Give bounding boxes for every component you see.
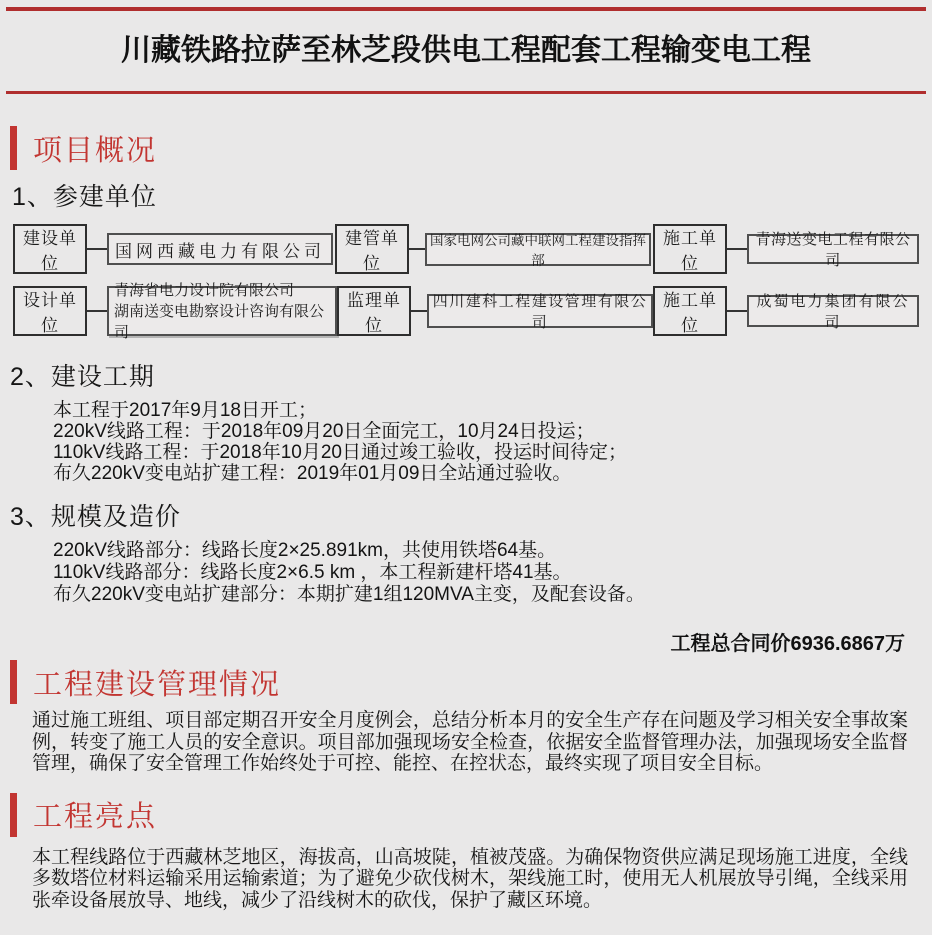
company-box: 国网西藏电力有限公司 bbox=[107, 233, 333, 265]
accent-bar bbox=[10, 660, 17, 704]
org-chart-row-2: 设计单位 青海省电力设计院有限公司 湖南送变电勘察设计咨询有限公司 监理单位 四… bbox=[13, 286, 919, 336]
section-overview-title: 项目概况 bbox=[33, 128, 157, 169]
company-box: 青海送变电工程有限公司 bbox=[747, 234, 919, 264]
company-box: 四川建科工程建设管理有限公司 bbox=[427, 294, 653, 328]
company-line-1: 青海省电力设计院有限公司 bbox=[114, 280, 294, 301]
connector-line bbox=[727, 310, 747, 312]
period-line: 本工程于2017年9月18日开工； bbox=[53, 400, 912, 421]
participant-group-contractor-2: 施工单位 成蜀电力集团有限公司 bbox=[653, 286, 919, 336]
total-contract-price: 工程总合同价6936.6867万 bbox=[0, 632, 905, 656]
participant-group-design: 设计单位 青海省电力设计院有限公司 湖南送变电勘察设计咨询有限公司 bbox=[13, 286, 337, 336]
section-management-title: 工程建设管理情况 bbox=[33, 662, 281, 703]
participant-group-contractor-1: 施工单位 青海送变电工程有限公司 bbox=[653, 224, 919, 274]
management-paragraph: 通过施工班组、项目部定期召开安全月度例会，总结分析本月的安全生产存在问题及学习相… bbox=[32, 710, 908, 775]
top-rule bbox=[6, 7, 926, 11]
highlights-paragraph: 本工程线路位于西藏林芝地区，海拔高，山高坡陡，植被茂盛。为确保物资供应满足现场施… bbox=[32, 847, 908, 912]
company-box: 国家电网公司藏中联网工程建设指挥部 bbox=[425, 233, 651, 266]
section-highlights-header: 工程亮点 bbox=[10, 793, 932, 837]
participant-group-construction: 建设单位 国网西藏电力有限公司 bbox=[13, 224, 333, 274]
participant-group-management: 建管单位 国家电网公司藏中联网工程建设指挥部 bbox=[335, 224, 651, 274]
page-title: 川藏铁路拉萨至林芝段供电工程配套工程输变电工程 bbox=[10, 33, 922, 69]
period-line: 220kV线路工程：于2018年09月20日全面完工，10月24日投运； bbox=[53, 421, 912, 442]
role-box: 建设单位 bbox=[13, 224, 87, 274]
org-chart-row-1: 建设单位 国网西藏电力有限公司 建管单位 国家电网公司藏中联网工程建设指挥部 施… bbox=[13, 224, 919, 274]
accent-bar bbox=[10, 126, 17, 170]
role-box: 设计单位 bbox=[13, 286, 87, 336]
scale-details: 220kV线路部分：线路长度2×25.891km，共使用铁塔64基。 110kV… bbox=[53, 540, 912, 606]
participants-heading: 1、参建单位 bbox=[12, 182, 932, 212]
participant-group-supervision: 监理单位 四川建科工程建设管理有限公司 bbox=[337, 286, 653, 336]
period-line: 布久220kV变电站扩建工程：2019年01月09日全站通过验收。 bbox=[53, 463, 912, 484]
connector-line bbox=[727, 248, 747, 250]
company-box: 成蜀电力集团有限公司 bbox=[747, 295, 919, 327]
period-details: 本工程于2017年9月18日开工； 220kV线路工程：于2018年09月20日… bbox=[53, 400, 912, 484]
section-highlights-title: 工程亮点 bbox=[33, 794, 157, 835]
period-heading: 2、建设工期 bbox=[10, 362, 932, 392]
connector-line bbox=[87, 248, 107, 250]
role-box: 施工单位 bbox=[653, 224, 727, 274]
scale-heading: 3、规模及造价 bbox=[10, 502, 932, 532]
section-management-header: 工程建设管理情况 bbox=[10, 660, 932, 704]
title-rule bbox=[6, 91, 926, 94]
connector-line bbox=[87, 310, 107, 312]
role-box: 监理单位 bbox=[337, 286, 411, 336]
connector-line bbox=[411, 310, 427, 312]
connector-line bbox=[409, 248, 425, 250]
scale-line: 110kV线路部分：线路长度2×6.5 km ，本工程新建杆塔41基。 bbox=[53, 562, 912, 584]
company-line-2: 湖南送变电勘察设计咨询有限公司 bbox=[114, 301, 335, 343]
company-box: 青海省电力设计院有限公司 湖南送变电勘察设计咨询有限公司 bbox=[107, 286, 337, 336]
scale-line: 220kV线路部分：线路长度2×25.891km，共使用铁塔64基。 bbox=[53, 540, 912, 562]
role-box: 施工单位 bbox=[653, 286, 727, 336]
participants-org-chart: 建设单位 国网西藏电力有限公司 建管单位 国家电网公司藏中联网工程建设指挥部 施… bbox=[0, 224, 932, 336]
role-box: 建管单位 bbox=[335, 224, 409, 274]
accent-bar bbox=[10, 793, 17, 837]
section-overview-header: 项目概况 bbox=[10, 126, 932, 170]
period-line: 110kV线路工程：于2018年10月20日通过竣工验收，投运时间待定； bbox=[53, 442, 912, 463]
scale-line: 布久220kV变电站扩建部分：本期扩建1组120MVA主变，及配套设备。 bbox=[53, 584, 912, 606]
